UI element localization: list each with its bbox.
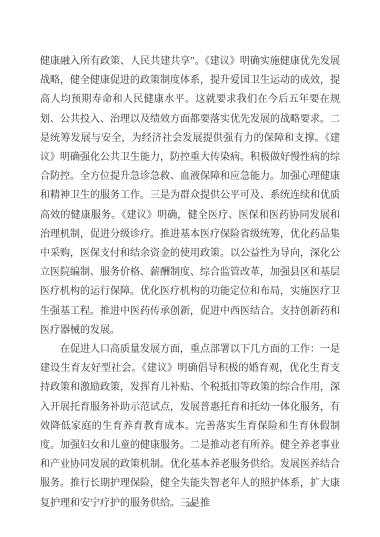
paragraph-population-quality-development: 在促进人口高质量发展方面，重点部署以下几方面的工作：一是建设生育友好型社会。《建… (40, 340, 340, 513)
paragraph-health-priority-development: 健康融入所有政策、人民共建共享”。《建议》明确实施健康优先发展战略，健全健康促进… (40, 52, 340, 340)
page-number: 30 (0, 499, 380, 509)
document-page: 健康融入所有政策、人民共建共享”。《建议》明确实施健康优先发展战略，健全健康促进… (0, 0, 380, 537)
body-text: 健康融入所有政策、人民共建共享”。《建议》明确实施健康优先发展战略，健全健康促进… (40, 52, 340, 513)
